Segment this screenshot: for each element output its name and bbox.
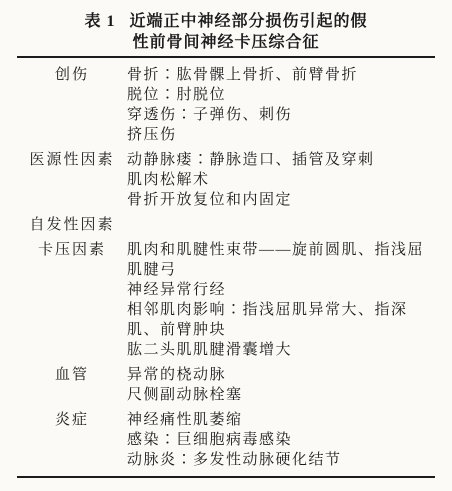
table-cell-item: 骨折∶肱骨髁上骨折、前臂骨折 (127, 65, 427, 85)
category-items: 动静脉瘘∶静脉造口、插管及穿刺 肌肉松解术 骨折开放复位和内固定 (127, 150, 435, 210)
table-cell-item: 神经异常行经 (127, 280, 427, 300)
category-items: 神经痛性肌萎缩 感染∶巨细胞病毒感染 动脉炎∶多发性动脉硬化结节 (127, 410, 435, 470)
category-label: 医源性因素 (17, 150, 127, 170)
table-cell-item: 异常的桡动脉 (127, 365, 427, 385)
category-label: 创伤 (17, 65, 127, 85)
category-label: 炎症 (17, 410, 127, 430)
table-cell-item: 相邻肌肉影响∶指浅屈肌异常大、指深肌、前臂肿块 (127, 300, 427, 340)
scanned-page: 表 1近端正中神经部分损伤引起的假 性前骨间神经卡压综合征 创伤 骨折∶肱骨髁上… (0, 0, 452, 491)
table-cell-item: 穿透伤∶子弹伤、刺伤 (127, 105, 427, 125)
category-items: 骨折∶肱骨髁上骨折、前臂骨折 脱位∶肘脱位 穿透伤∶子弹伤、刺伤 挤压伤 (127, 65, 435, 145)
category-label: 自发性因素 (17, 215, 127, 235)
table-caption-line1: 表 1近端正中神经部分损伤引起的假 (0, 11, 452, 32)
table-cell-item: 肌肉和肌腱性束带——旋前圆肌、指浅屈肌腱弓 (127, 240, 427, 280)
table-title-part1: 近端正中神经部分损伤引起的假 (130, 13, 368, 30)
table-row: 卡压因素 肌肉和肌腱性束带——旋前圆肌、指浅屈肌腱弓 神经异常行经 相邻肌肉影响… (17, 240, 435, 360)
table-cell-item: 感染∶巨细胞病毒感染 (127, 430, 427, 450)
table-title-part2: 性前骨间神经卡压综合征 (0, 32, 452, 53)
table-row: 血管 异常的桡动脉 尺侧副动脉栓塞 (17, 365, 435, 405)
table-cell-item: 动静脉瘘∶静脉造口、插管及穿刺 (127, 150, 427, 170)
category-items: 肌肉和肌腱性束带——旋前圆肌、指浅屈肌腱弓 神经异常行经 相邻肌肉影响∶指浅屈肌… (127, 240, 435, 360)
table-cell-item: 尺侧副动脉栓塞 (127, 385, 427, 405)
table-row: 医源性因素 动静脉瘘∶静脉造口、插管及穿刺 肌肉松解术 骨折开放复位和内固定 (17, 150, 435, 210)
table-row: 自发性因素 (17, 215, 435, 235)
table-body: 创伤 骨折∶肱骨髁上骨折、前臂骨折 脱位∶肘脱位 穿透伤∶子弹伤、刺伤 挤压伤 … (17, 56, 435, 478)
table-cell-item: 挤压伤 (127, 125, 427, 145)
table-cell-item: 骨折开放复位和内固定 (127, 190, 427, 210)
table-cell-item: 动脉炎∶多发性动脉硬化结节 (127, 450, 427, 470)
table-row: 创伤 骨折∶肱骨髁上骨折、前臂骨折 脱位∶肘脱位 穿透伤∶子弹伤、刺伤 挤压伤 (17, 65, 435, 145)
table-cell-item: 神经痛性肌萎缩 (127, 410, 427, 430)
table-caption: 表 1近端正中神经部分损伤引起的假 性前骨间神经卡压综合征 (0, 0, 452, 53)
table-number-label: 表 1 (84, 11, 115, 32)
table-cell-item: 肌肉松解术 (127, 170, 427, 190)
table-cell-item: 肱二头肌肌腱滑囊增大 (127, 340, 427, 360)
category-label: 血管 (17, 365, 127, 385)
table-row: 炎症 神经痛性肌萎缩 感染∶巨细胞病毒感染 动脉炎∶多发性动脉硬化结节 (17, 410, 435, 470)
category-label: 卡压因素 (17, 240, 127, 260)
category-items: 异常的桡动脉 尺侧副动脉栓塞 (127, 365, 435, 405)
table-cell-item: 脱位∶肘脱位 (127, 85, 427, 105)
